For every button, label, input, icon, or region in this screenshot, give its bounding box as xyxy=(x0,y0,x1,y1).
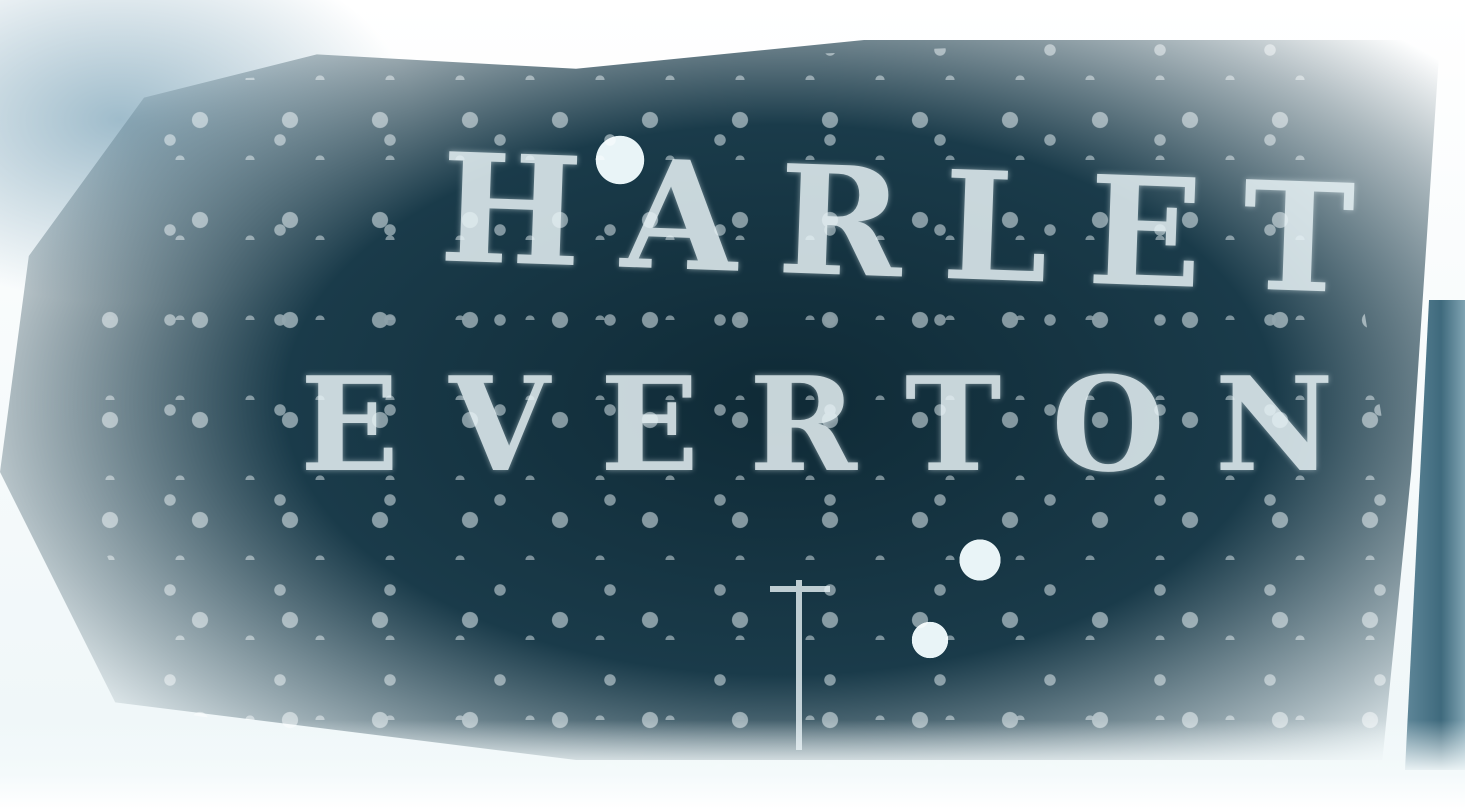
inscription-line-1: HARLET xyxy=(438,133,1397,316)
inscription-line-2: EVERTON xyxy=(300,360,1384,490)
carved-cross-mark xyxy=(770,580,830,750)
photo-scene: HARLET EVERTON xyxy=(0,0,1465,810)
inscription: HARLET EVERTON xyxy=(0,0,1465,810)
